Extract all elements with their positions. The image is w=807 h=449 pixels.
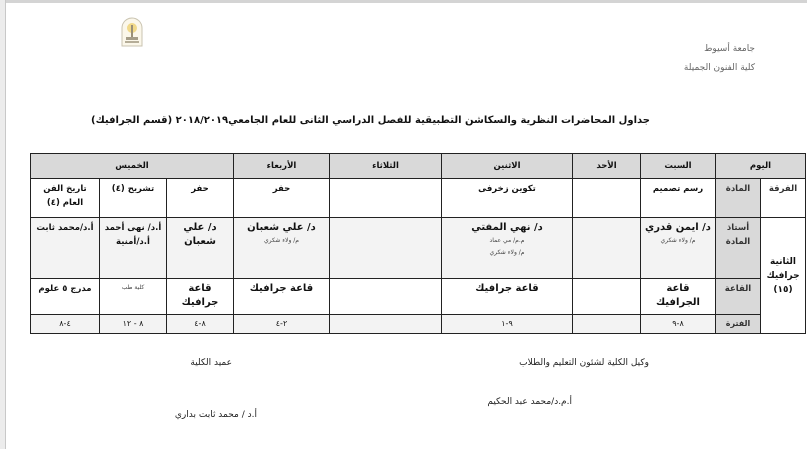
cell-wednesday-professor: د/ علي شعبان م/ ولاء شكري: [234, 218, 330, 279]
cell-monday-hall: قاعة جرافيك: [442, 279, 573, 315]
label-subject: المادة: [716, 179, 761, 218]
cell-thursday-2-professor: أ.د/ نهى أحمد أ.د/أمنية: [100, 218, 167, 279]
label-year: الفرقة: [761, 179, 806, 218]
window-top-border: [0, 0, 807, 3]
cell-wednesday-subject: حفر: [234, 179, 330, 218]
cell-sunday-professor: [573, 218, 641, 279]
cell-tuesday-period: [330, 315, 442, 334]
monday-assistant-2: م/ ولاء شكري: [444, 247, 570, 259]
cell-thursday-1-subject: حفر: [167, 179, 234, 218]
header-saturday: السبت: [641, 154, 716, 179]
cell-wednesday-period: ٢-٤: [234, 315, 330, 334]
header-monday: الاثنين: [442, 154, 573, 179]
vice-dean-title: وكيل الكلية لشئون التعليم والطلاب: [519, 358, 649, 368]
cell-monday-subject: تكوين زخرفى: [442, 179, 573, 218]
cell-thursday-2-hall: كلية طب: [100, 279, 167, 315]
group-count: (١٥): [763, 283, 803, 297]
page-title: جداول المحاضرات النظرية والسكاشن التطبيق…: [180, 115, 650, 126]
dean-title: عميد الكلية: [190, 358, 232, 368]
cell-saturday-period: ٨-٩: [641, 315, 716, 334]
header-thursday: الخميس: [31, 154, 234, 179]
header-wednesday: الأربعاء: [234, 154, 330, 179]
table-header-row: اليوم السبت الأحد الاثنين الثلاثاء الأرب…: [31, 154, 806, 179]
cell-saturday-hall: قاعة الجرافيك: [641, 279, 716, 315]
wednesday-professor: د/ علي شعبان: [247, 222, 316, 233]
cell-monday-professor: د/ نهي المفتي م.م/ مي عماد م/ ولاء شكري: [442, 218, 573, 279]
cell-thursday-3-hall: مدرج ٥ علوم: [31, 279, 100, 315]
cell-thursday-2-period: ٨ - ١٢: [100, 315, 167, 334]
cell-tuesday-professor: [330, 218, 442, 279]
group-cell: الثانية جرافيك (١٥): [761, 218, 806, 334]
wednesday-assistant: م/ ولاء شكري: [236, 235, 327, 247]
cell-thursday-3-subject: تاريخ الفن العام (٤): [31, 179, 100, 218]
cell-tuesday-hall: [330, 279, 442, 315]
table-row-subject: الفرقة المادة رسم تصميم تكوين زخرفى حفر …: [31, 179, 806, 218]
cell-sunday-hall: [573, 279, 641, 315]
label-professor: أستاذ المادة: [716, 218, 761, 279]
cell-thursday-3-professor: أ.د/محمد ثابت: [31, 218, 100, 279]
schedule-table: اليوم السبت الأحد الاثنين الثلاثاء الأرب…: [30, 153, 806, 334]
monday-professor: د/ نهي المفتي: [471, 222, 543, 233]
dean-name: أ.د / محمد ثابت بداري: [175, 410, 257, 420]
cell-monday-period: ٩-١: [442, 315, 573, 334]
cell-thursday-2-subject: تشريح (٤): [100, 179, 167, 218]
group-name: الثانية جرافيك: [763, 255, 803, 283]
vice-dean-name: أ.م.د/محمد عبد الحكيم: [487, 397, 572, 407]
header-day: اليوم: [716, 154, 806, 179]
cell-thursday-1-professor: د/ علي شعبان: [167, 218, 234, 279]
label-hall: القاعة: [716, 279, 761, 315]
faculty-name: كلية الفنون الجميلة: [605, 59, 755, 78]
monday-assistant-1: م.م/ مي عماد: [444, 235, 570, 247]
cell-saturday-professor: د/ ايمن قدري م/ ولاء شكري: [641, 218, 716, 279]
header-sunday: الأحد: [573, 154, 641, 179]
thursday-2-hall: كلية طب: [102, 282, 164, 294]
cell-wednesday-hall: قاعة جرافيك: [234, 279, 330, 315]
cell-sunday-subject: [573, 179, 641, 218]
label-period: الفترة: [716, 315, 761, 334]
institution-header: جامعة أسيوط كلية الفنون الجميلة: [605, 40, 755, 78]
saturday-professor: د/ ايمن قدري: [645, 222, 711, 233]
cell-thursday-3-period: ٤-٨: [31, 315, 100, 334]
cell-thursday-1-hall: قاعة جرافيك: [167, 279, 234, 315]
university-logo-icon: [120, 17, 144, 47]
university-name: جامعة أسيوط: [605, 40, 755, 59]
cell-tuesday-subject: [330, 179, 442, 218]
table-row-professor: الثانية جرافيك (١٥) أستاذ المادة د/ ايمن…: [31, 218, 806, 279]
window-left-border: [0, 0, 6, 449]
header-tuesday: الثلاثاء: [330, 154, 442, 179]
table-row-period: الفترة ٨-٩ ٩-١ ٢-٤ ٨-٤ ٨ - ١٢ ٤-٨: [31, 315, 806, 334]
cell-saturday-subject: رسم تصميم: [641, 179, 716, 218]
table-row-hall: القاعة قاعة الجرافيك قاعة جرافيك قاعة جر…: [31, 279, 806, 315]
cell-sunday-period: [573, 315, 641, 334]
cell-thursday-1-period: ٨-٤: [167, 315, 234, 334]
saturday-assistant: م/ ولاء شكري: [643, 235, 713, 247]
